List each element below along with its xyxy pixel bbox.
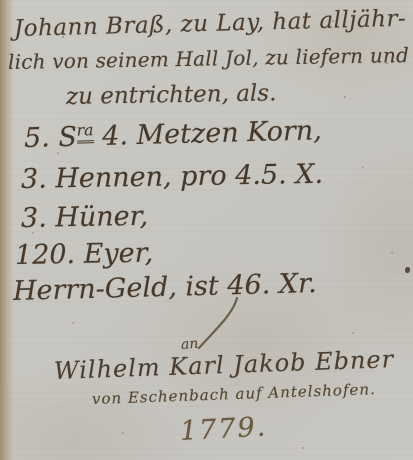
dues-item-grain: 5. Sra 4. Metzen Korn,	[24, 114, 323, 154]
signature-name: Wilhelm Karl Jakob Ebner	[54, 345, 395, 385]
dues-item-grain-rest: 4. Metzen Korn,	[93, 115, 322, 152]
year-label: 1779.	[179, 411, 268, 447]
dues-item-chickens: 3. Hüner,	[21, 201, 149, 234]
dues-item-grain-pre: 5. S	[24, 122, 78, 154]
ink-blot	[405, 267, 410, 273]
paper-speckles	[0, 0, 2, 2]
dues-item-hens: 3. Hennen, pro 4.5. X.	[21, 159, 324, 195]
signature-origin: von Eschenbach auf Antelshofen.	[92, 380, 376, 408]
manuscript-page: Johann Braß, zu Lay, hat alljähr- lich v…	[0, 0, 413, 460]
heading-line-3: zu entrichten, als.	[66, 80, 277, 110]
abbreviation-superscript: ra	[76, 120, 93, 143]
dues-item-money: Herrn-Geld, ist 46. Xr.	[13, 268, 317, 307]
heading-line-1: Johann Braß, zu Lay, hat alljähr-	[14, 6, 407, 42]
dues-item-eggs: 120. Eyer,	[15, 238, 154, 271]
connector-word: an	[180, 336, 198, 353]
heading-line-2: lich von seinem Hall Jol, zu liefern und	[8, 43, 409, 74]
